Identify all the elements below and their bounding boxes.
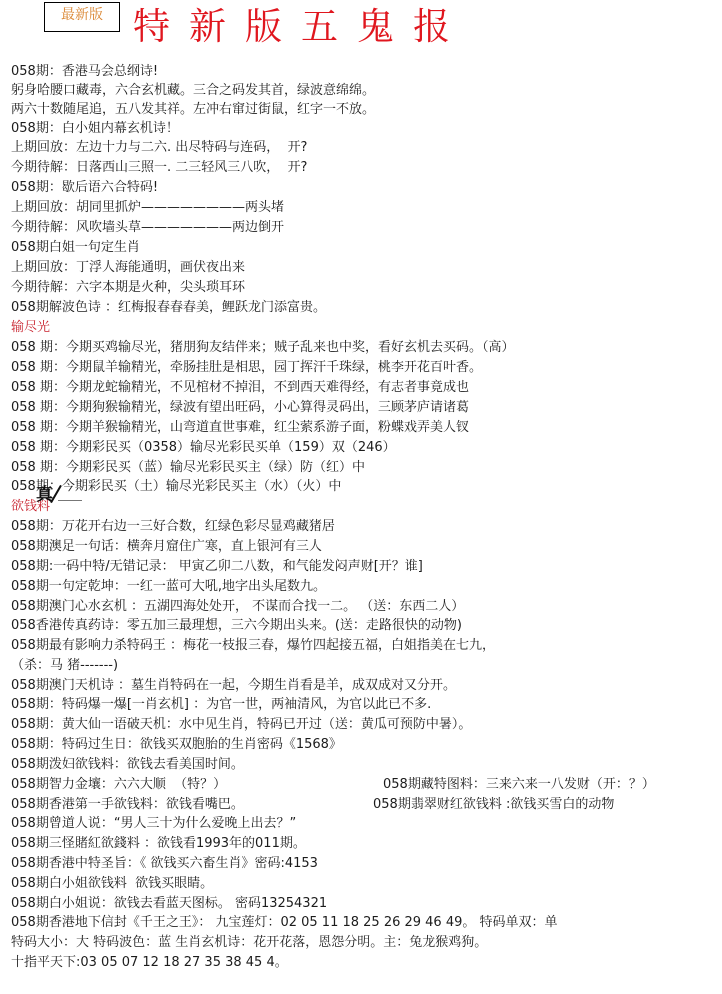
text-line: 058期翡翠财红欲钱料 :欲钱买雪白的动物	[373, 797, 614, 813]
page-title: 特新版五鬼报	[133, 6, 469, 48]
text-line: 058期曾道人说：“男人三十为什么爱晚上出去？”	[11, 816, 296, 832]
text-line: 今期待解：风吹墙头草———————两边倒开	[11, 220, 284, 236]
text-line: 058 期：今期彩民买（蓝）输尽光彩民买主（绿）防（红）中	[11, 460, 365, 476]
text-line: 058香港传真药诗：零五加三最理想，三六今期出头来。(送：走路很快的动物)	[11, 618, 462, 634]
text-line: 058期藏特图料：三来六来一八发财（开：？）	[383, 777, 655, 793]
text-line: 058期三怪賭紅欲錢料 ：欲钱看1993年的011期。	[11, 836, 306, 852]
text-line: 058 期：今期羊猴输精光，山弯道直世事难，红尘萦系游子面，粉蝶戏弄美人钗	[11, 420, 469, 436]
text-line: 上期回放：左边十力与二六. 出尽特码与连码， 开?	[11, 140, 307, 156]
text-line: 058期最有影响力杀特码王 ：梅花一枝报三春，爆竹四起接五福，白姐指美在七九，	[11, 638, 495, 654]
text-line: 058期：万花开右边一三好合数，红绿色彩尽显鸡藏猪居	[11, 519, 335, 535]
text-line: 058期一句定乾坤：一红一蓝可大吼,地字出头尾数九。	[11, 579, 326, 595]
text-line: 058期：黄大仙一语破天机：水中见生肖，特码已开过（送：黄瓜可预防中暑）。	[11, 717, 471, 733]
text-line: 上期回放：胡同里抓炉————————两头堵	[11, 200, 284, 216]
text-line: 特码大小：大 特码波色：蓝 生肖玄机诗：花开花落，恩怨分明。主：兔龙猴鸡狗。	[11, 935, 487, 951]
text-line: 058期香港中特圣旨：《 欲钱买六畜生肖》密码:4153	[11, 856, 318, 872]
text-line: 十指平天下:03 05 07 12 18 27 35 38 45 4。	[11, 955, 288, 971]
section-heading: 输尽光	[11, 320, 50, 336]
underline-mark	[58, 500, 82, 501]
text-line: 058 期：今期买鸡输尽光，猪朋狗友结伴来；贼子乱来也中奖，看好玄机去买码。（高…	[11, 340, 514, 356]
text-line: 058期：香港马会总纲诗!	[11, 64, 158, 80]
text-line: 058期白小姐欲钱料 欲钱买眼睛。	[11, 876, 213, 892]
text-line: 058 期：今期狗猴输精光，绿波有望出旺码，小心算得灵码出，三顾茅庐请诸葛	[11, 400, 469, 416]
text-line: 058期：白小姐内幕玄机诗！	[11, 121, 179, 137]
text-line: 058期白小姐说：欲钱去看蓝天图标。 密码13254321	[11, 896, 327, 912]
text-line: 058期澳足一句话：横奔月窟住广寒，直上银河有三人	[11, 539, 322, 555]
text-line: 058期泼妇欲钱料：欲钱去看美国时间。	[11, 757, 244, 773]
text-line: 058期智力金壤：六六大顺 （特？）	[11, 777, 226, 793]
text-line: 058期香港地下信封《千王之王》： 九宝莲灯：02 05 11 18 25 26…	[11, 915, 558, 931]
text-line: 058期:一码中特/无错记录： 甲寅乙卯二八数，和气能发闷声财[开？谁]	[11, 559, 423, 575]
text-line: 058期澳门天机诗 ：墓生肖特码在一起，今期生肖看是羊，成双成对又分开。	[11, 678, 456, 694]
latest-edition-badge: 最新版	[44, 2, 120, 32]
text-line: 058 期：今期龙蛇输精光，不见棺材不掉泪，不到西天难得经，有志者事竟成也	[11, 380, 469, 396]
text-line: 058 期：今期鼠羊输精光，牵肠挂肚是相思，园丁挥汗千珠绿，桃李开花百叶香。	[11, 360, 482, 376]
badge-label: 最新版	[61, 4, 103, 24]
text-line: 躬身哈腰口藏毒，六合玄机藏。三合之码发其首，绿波意绵绵。	[11, 83, 375, 99]
text-line: 两六十数随尾追，五八发其祥。左冲右窜过街鼠，红字一不放。	[11, 102, 375, 118]
text-line: 058期白姐一句定生肖	[11, 240, 140, 256]
text-line: 058期解波色诗 ：红梅报春春春美，鲤跃龙门添富贵。	[11, 300, 326, 316]
text-line: 058期：歇后语六合特码!	[11, 180, 158, 196]
text-line: 058期：特码过生日：欲钱买双胞胎的生肖密码《1568》	[11, 737, 342, 753]
text-line: （杀：马 猪-------)	[11, 658, 118, 674]
text-line: 058期香港第一手欲钱料：欲钱看嘴巴。	[11, 797, 244, 813]
text-line: 058期：特码爆一爆[一肖玄机] ：为官一世，两袖清风，为官以此已不多.	[11, 697, 431, 713]
text-line: 058 期：今期彩民买（0358）输尽光彩民买单（159）双（246）	[11, 440, 396, 456]
text-line: 上期回放：丁浮人海能通明，画伏夜出来	[11, 260, 245, 276]
text-line: 今期待解：日落西山三照一. 二三轻风三八吹， 开?	[11, 160, 307, 176]
text-line: 058期澳门心水玄机 ：五湖四海处处开， 不谋而合找一二。 （送：东西二人）	[11, 599, 464, 615]
text-line: 今期待解：六字本期是火种，尖头琐耳环	[11, 280, 245, 296]
